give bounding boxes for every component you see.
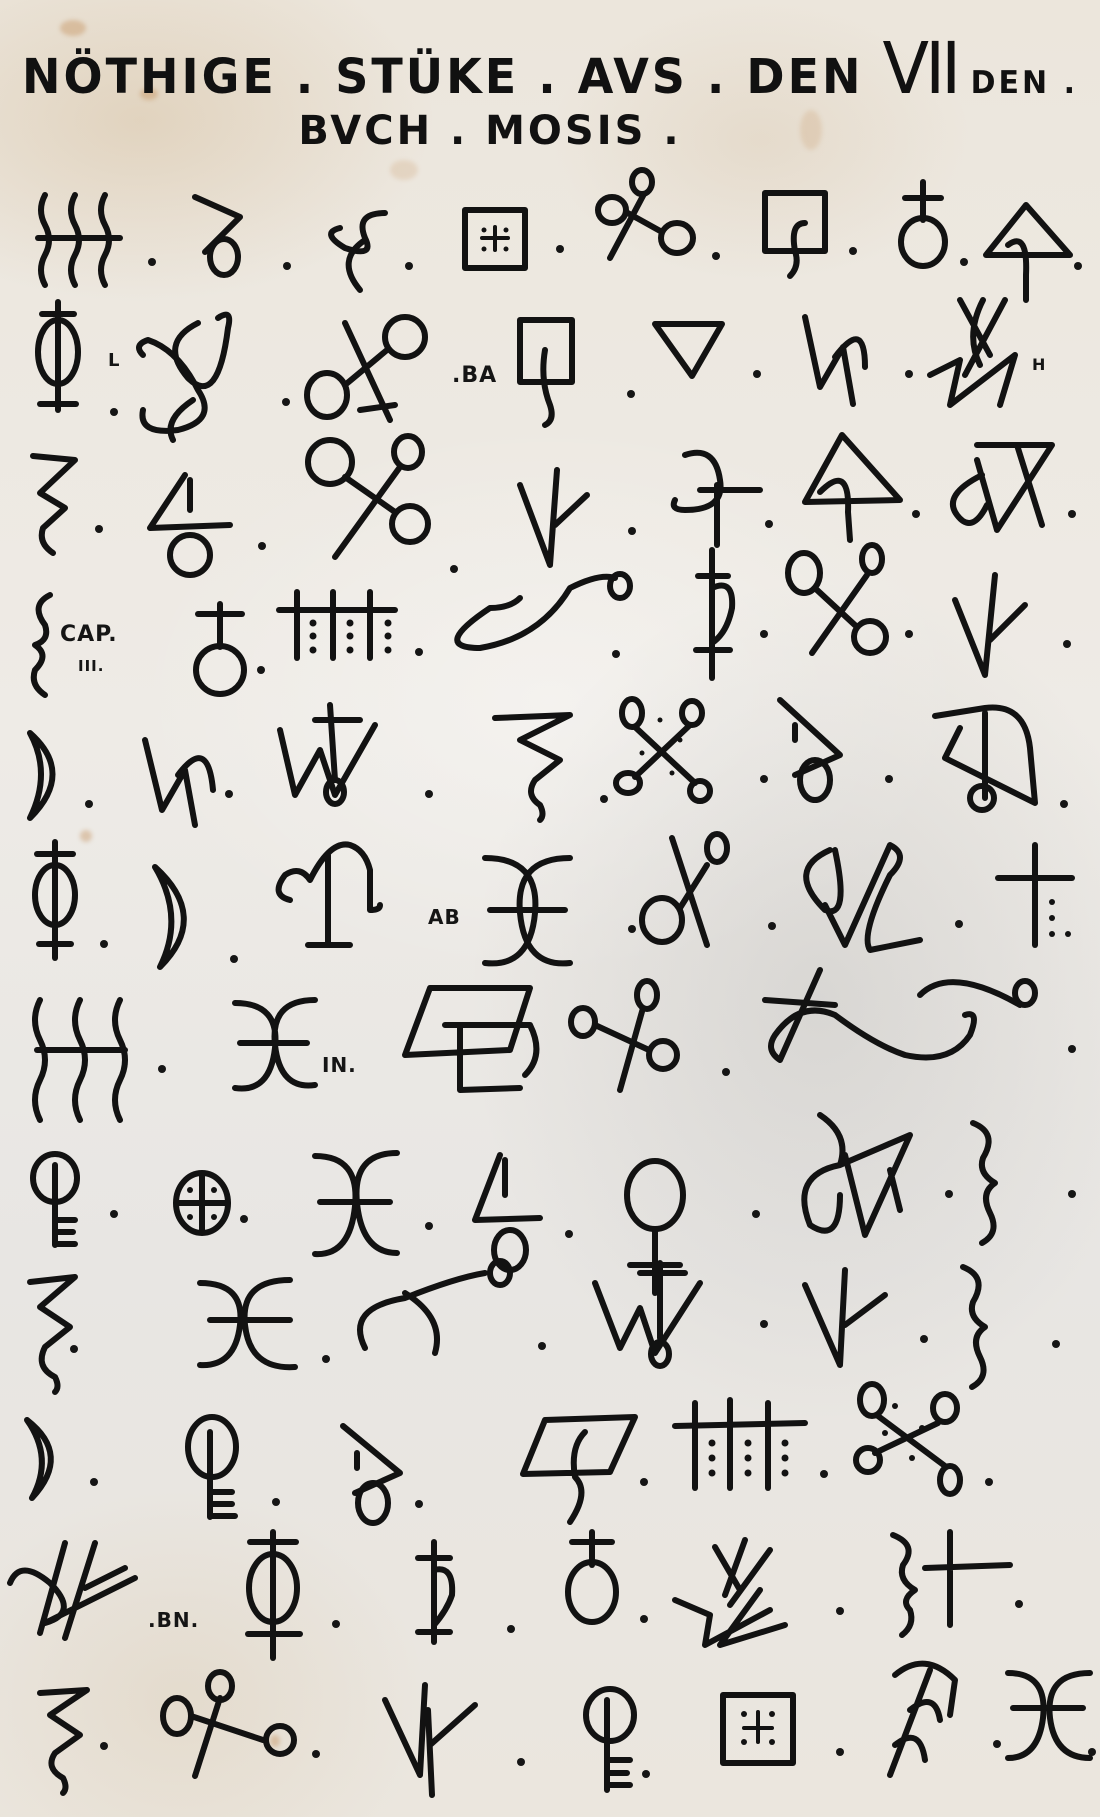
period-dot	[1015, 1600, 1023, 1608]
period-dot	[405, 262, 413, 270]
annotation-ab: AB	[428, 905, 461, 929]
pisces-sigil-icon	[190, 1275, 300, 1379]
period-dot	[100, 1742, 108, 1750]
double-loop-sigil-icon	[790, 835, 940, 959]
wavy-triple-bar-sigil-icon	[25, 995, 145, 1129]
triple-cross-dots-sigil-icon	[275, 590, 405, 674]
period-dot	[85, 800, 93, 808]
hooked-circle-sigil-icon	[190, 192, 260, 286]
annotation-iii: III.	[78, 657, 104, 675]
period-dot	[257, 666, 265, 674]
crescent-sigil-icon	[22, 728, 72, 832]
curl-sigil-icon	[325, 205, 405, 299]
wavy-triple-bar-sigil-icon	[30, 190, 130, 294]
phi-cross-sigil-icon	[28, 300, 88, 419]
brace-sigil-icon	[965, 1118, 1005, 1252]
period-dot	[627, 390, 635, 398]
phi-cross-sigil-icon	[238, 1530, 308, 1664]
period-dot	[110, 408, 118, 416]
period-dot	[517, 1758, 525, 1766]
triangle-hook-sigil-icon	[800, 430, 910, 554]
looped-triangle-sigil-icon	[942, 440, 1057, 544]
period-dot	[1060, 800, 1068, 808]
period-dot	[1063, 640, 1071, 648]
period-dot	[760, 1320, 768, 1328]
v-stroke-sigil-icon	[515, 465, 595, 579]
brace-cross-sigil-icon	[885, 1530, 1015, 1644]
double-loop-sigil-icon	[5, 1538, 155, 1652]
symbol-grid: L .BA H	[0, 0, 1100, 1817]
four-circle-cross-sigil-icon	[850, 1378, 970, 1502]
period-dot	[1052, 1340, 1060, 1348]
period-dot	[765, 520, 773, 528]
period-dot	[322, 1355, 330, 1363]
period-dot	[148, 258, 156, 266]
period-dot	[628, 527, 636, 535]
period-dot	[415, 1500, 423, 1508]
period-dot	[768, 922, 776, 930]
circle-e-sigil-icon	[575, 1685, 645, 1799]
two-circle-cross-sigil-icon	[565, 980, 695, 1099]
period-dot	[849, 247, 857, 255]
period-dot	[282, 398, 290, 406]
looped-triangle-sigil-icon	[790, 1110, 940, 1244]
swoosh-circle-sigil-icon	[355, 1258, 515, 1362]
pisces-sigil-icon	[225, 995, 325, 1099]
period-dot	[158, 1065, 166, 1073]
period-dot	[240, 1215, 248, 1223]
annotation-l: L	[108, 350, 120, 371]
two-circle-cross-sigil-icon	[155, 1668, 295, 1782]
boxed-cross-dots-sigil-icon	[460, 205, 530, 279]
period-dot	[507, 1625, 515, 1633]
w-cross-sigil-icon	[590, 1258, 740, 1377]
zigzag-wave-sigil-icon	[25, 448, 85, 562]
circle-stroke-sigil-icon	[305, 315, 435, 434]
period-dot	[612, 650, 620, 658]
crescent-sigil-icon	[150, 862, 210, 976]
circle-cross-sigil-icon	[893, 180, 953, 274]
period-dot	[945, 1190, 953, 1198]
period-dot	[230, 955, 238, 963]
period-dot	[1088, 1748, 1096, 1756]
brace-sigil-icon	[30, 590, 60, 704]
looped-script-sigil-icon	[128, 315, 268, 449]
annotation-cap: CAP.	[60, 622, 118, 647]
staff-sigil-icon	[412, 1540, 462, 1649]
phi-cross-sigil-icon	[25, 840, 85, 964]
staff-sigil-icon	[690, 548, 740, 687]
period-dot	[95, 525, 103, 533]
period-dot	[820, 1470, 828, 1478]
period-dot	[1068, 510, 1076, 518]
wave-cross-sigil-icon	[755, 965, 1045, 1079]
period-dot	[836, 1607, 844, 1615]
circle-stroke-sigil-icon	[632, 830, 742, 959]
two-circle-cross-sigil-icon	[592, 170, 702, 274]
period-dot	[70, 1345, 78, 1353]
period-dot	[332, 1620, 340, 1628]
annotation-bn: .BN.	[148, 1608, 199, 1632]
v-stroke-sigil-icon	[800, 1265, 890, 1384]
rhombus-hook-sigil-icon	[515, 1412, 645, 1531]
period-dot	[753, 370, 761, 378]
w-cross-sigil-icon	[270, 700, 420, 819]
hooked-circle-sigil-icon	[335, 1418, 415, 1532]
period-dot	[712, 252, 720, 260]
quartered-circle-sigil-icon	[170, 1165, 240, 1249]
period-dot	[642, 1770, 650, 1778]
square-hook-sigil-icon	[515, 315, 585, 434]
triangle-hook-sigil-icon	[978, 200, 1078, 304]
period-dot	[258, 542, 266, 550]
circle-e-sigil-icon	[180, 1412, 250, 1531]
zigzag-wave-sigil-icon	[490, 710, 580, 829]
period-dot	[425, 1222, 433, 1230]
crossed-z-sigil-icon	[670, 1535, 790, 1654]
period-dot	[752, 1210, 760, 1218]
arc-circle-sigil-icon	[930, 698, 1040, 817]
pisces-sigil-icon	[305, 1148, 405, 1267]
zigzag-script-sigil-icon	[140, 735, 220, 839]
square-hook-sigil-icon	[760, 188, 835, 287]
annotation-ba: .BA	[452, 363, 497, 388]
period-dot	[1068, 1045, 1076, 1053]
period-dot	[905, 370, 913, 378]
period-dot	[538, 1342, 546, 1350]
circle-e-sigil-icon	[25, 1150, 85, 1254]
inverted-triangle-sigil-icon	[650, 318, 730, 392]
period-dot	[885, 775, 893, 783]
crossed-z-sigil-icon	[925, 295, 1035, 419]
period-dot	[556, 245, 564, 253]
period-dot	[1068, 1190, 1076, 1198]
hooked-circle-sigil-icon	[775, 695, 855, 809]
two-circle-cross-sigil-icon	[300, 432, 440, 566]
period-dot	[90, 1478, 98, 1486]
period-dot	[272, 1498, 280, 1506]
period-dot	[283, 262, 291, 270]
period-dot	[425, 790, 433, 798]
period-dot	[760, 630, 768, 638]
period-dot	[920, 1335, 928, 1343]
pisces-sigil-icon	[470, 850, 580, 974]
period-dot	[640, 1615, 648, 1623]
period-dot	[312, 1750, 320, 1758]
box-d-sigil-icon	[400, 980, 550, 1104]
boxed-cross-dots-sigil-icon	[718, 1690, 798, 1774]
arch-sigil-icon	[270, 835, 440, 959]
period-dot	[960, 258, 968, 266]
v-stroke-sigil-icon	[950, 570, 1030, 684]
period-dot	[760, 775, 768, 783]
period-dot	[1074, 262, 1082, 270]
period-dot	[722, 1068, 730, 1076]
angle-circle-sigil-icon	[145, 470, 235, 584]
period-dot	[905, 630, 913, 638]
period-dot	[600, 795, 608, 803]
annotation-in: IN.	[322, 1053, 357, 1077]
circle-cross-sigil-icon	[190, 602, 250, 706]
hook-cross-sigil-icon	[665, 445, 765, 559]
period-dot	[110, 1210, 118, 1218]
circle-cross-sigil-icon	[562, 1530, 622, 1634]
arrow-hook-sigil-icon	[880, 1655, 980, 1784]
two-circle-cross-sigil-icon	[782, 545, 892, 664]
period-dot	[100, 940, 108, 948]
period-dot	[225, 790, 233, 798]
zigzag-wave-sigil-icon	[35, 1685, 95, 1799]
period-dot	[565, 1230, 573, 1238]
swoosh-circle-sigil-icon	[450, 568, 650, 662]
v-stroke-sigil-icon	[380, 1680, 480, 1804]
zigzag-wave-sigil-icon	[25, 1272, 85, 1396]
triple-cross-dots-sigil-icon	[670, 1398, 810, 1502]
period-dot	[640, 1478, 648, 1486]
pisces-sigil-icon	[998, 1668, 1098, 1772]
annotation-h: H	[1032, 355, 1046, 374]
four-circle-cross-sigil-icon	[610, 695, 720, 809]
brace-sigil-icon	[955, 1262, 995, 1396]
period-dot	[415, 648, 423, 656]
manuscript-page: NÖTHIGE . STÜKE . AVS . DEN VII DEN . BV…	[0, 0, 1100, 1817]
period-dot	[955, 920, 963, 928]
crescent-sigil-icon	[22, 1415, 72, 1509]
period-dot	[912, 510, 920, 518]
period-dot	[836, 1748, 844, 1756]
zigzag-script-sigil-icon	[795, 312, 875, 416]
cross-dots-sigil-icon	[990, 840, 1080, 954]
period-dot	[985, 1478, 993, 1486]
